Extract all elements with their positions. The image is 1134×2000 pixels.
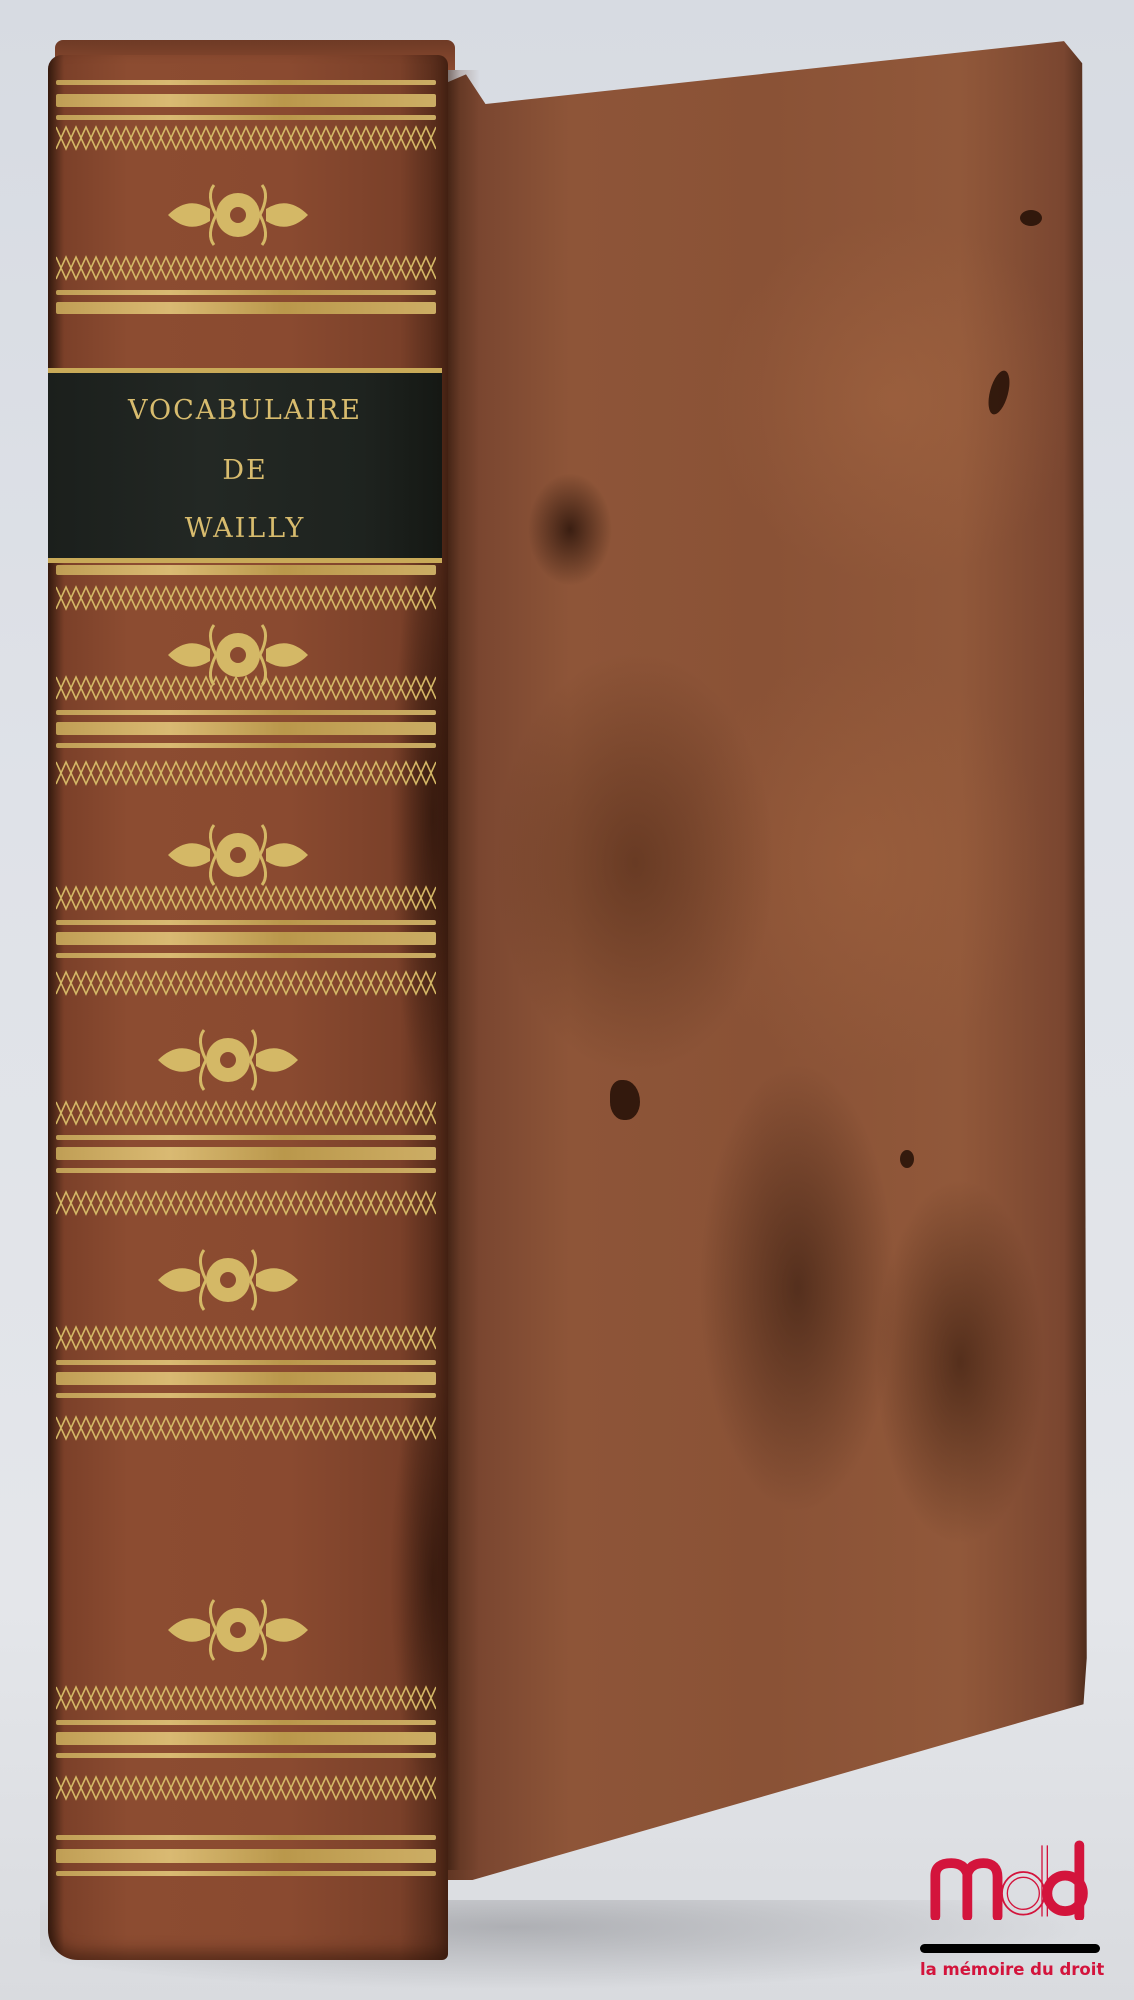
gold-lattice-band: [56, 125, 436, 153]
gold-rules: [56, 80, 436, 130]
gold-lattice-band: [56, 970, 436, 998]
gold-lattice-band: [56, 585, 436, 613]
floral-ornament-icon: [158, 1590, 318, 1670]
gold-rules: [56, 565, 436, 585]
gold-rules: [56, 920, 436, 970]
gold-lattice-band: [56, 760, 436, 788]
mdd-logo-mark-icon: [920, 1840, 1100, 1920]
product-photo: VOCABULAIRE DE WAILLY: [0, 0, 1134, 2000]
title-line-1: VOCABULAIRE: [48, 395, 442, 426]
floral-ornament-icon: [148, 1240, 308, 1320]
logo-tagline: la mémoire du droit: [920, 1960, 1120, 1979]
floral-ornament-icon: [158, 175, 318, 255]
gold-lattice-band: [56, 1325, 436, 1353]
gold-lattice-band: [56, 675, 436, 703]
logo-divider: [920, 1944, 1100, 1953]
gold-rules: [56, 1135, 436, 1185]
gold-rules: [56, 1360, 436, 1410]
gold-rules: [56, 1720, 436, 1770]
gold-lattice-band: [56, 1685, 436, 1713]
gold-rules: [56, 290, 436, 340]
gold-lattice-band: [56, 1415, 436, 1443]
cover-stain: [1020, 210, 1042, 226]
cover-stain: [610, 1080, 640, 1120]
gold-lattice-band: [56, 885, 436, 913]
gold-lattice-band: [56, 1190, 436, 1218]
gold-lattice-band: [56, 535, 436, 563]
floral-ornament-icon: [158, 815, 318, 895]
book-front-cover: [440, 30, 1090, 1880]
gold-rules: [56, 1835, 436, 1895]
spine-title-label: VOCABULAIRE DE WAILLY: [48, 368, 442, 563]
gold-lattice-band: [56, 1100, 436, 1128]
gold-rules: [56, 710, 436, 760]
mdd-logo: la mémoire du droit: [920, 1840, 1120, 1980]
gold-lattice-band: [56, 1775, 436, 1803]
book-spine: VOCABULAIRE DE WAILLY: [48, 55, 448, 1960]
title-line-2: DE: [48, 455, 442, 486]
gold-lattice-band: [56, 255, 436, 283]
cover-stain: [900, 1150, 914, 1168]
floral-ornament-icon: [148, 1020, 308, 1100]
